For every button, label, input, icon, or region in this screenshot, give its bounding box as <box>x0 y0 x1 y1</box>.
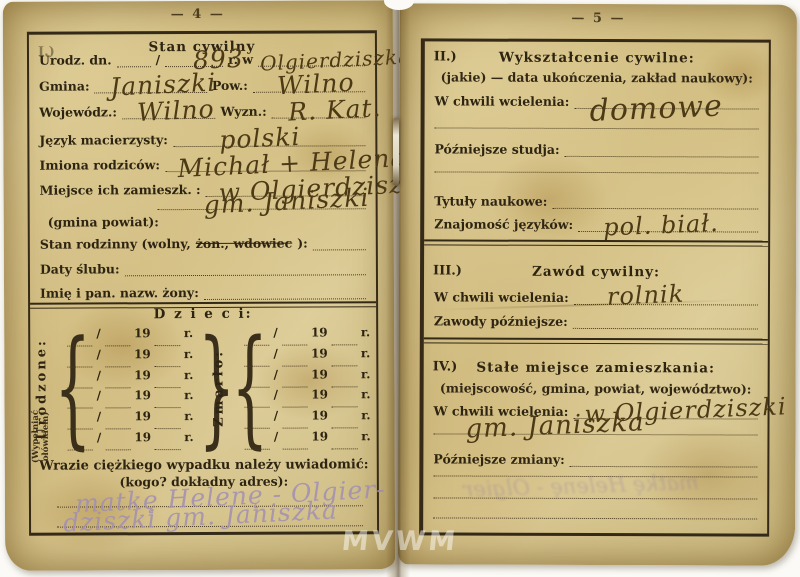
child-row-slash: / <box>96 326 100 340</box>
profession-handwriting: rolnik <box>606 284 684 309</box>
document-scan: — 4 — I.) Stan cywilny Urodz. dn. / 893 … <box>0 0 800 577</box>
child-row-slash: / <box>274 388 278 402</box>
right-form-frame: II.) Wykształcenie cywilne: (jakie) — da… <box>419 38 771 536</box>
language-label: Język macierzysty: <box>39 132 168 148</box>
child-row-year: 19 <box>311 346 328 360</box>
education-handwriting: domowe <box>589 93 723 125</box>
gmina-label: Gmina: <box>39 78 90 93</box>
parents-label: Imiona rodziców: <box>39 157 160 173</box>
child-row-year: 19 <box>134 368 151 382</box>
education-title: Wykształcenie cywilne: <box>425 49 769 66</box>
child-row-suffix: r. <box>184 388 193 402</box>
child-row-year: 19 <box>134 389 151 403</box>
child-row-slash: / <box>274 430 278 444</box>
child-row-suffix: r. <box>361 388 370 402</box>
child-row-slash: / <box>97 389 101 403</box>
powiat-label: Pow.: <box>212 78 248 93</box>
later-changes-label: Późniejsze zmiany: <box>433 451 564 466</box>
field-language: Język macierzysty: polski <box>39 131 365 147</box>
child-row-year: 19 <box>134 326 151 340</box>
field-gmina: Gmina: Janiszki Pow.: Wilno <box>39 77 365 93</box>
residence-handwriting-2: gm. Janiszka <box>465 411 645 442</box>
child-row-year: 19 <box>134 347 151 361</box>
field-family-status: Stan rodzinny (wolny, żon., wdowiec ): <box>40 235 366 251</box>
wedding-label: Daty ślubu: <box>40 261 120 276</box>
child-row-suffix: r. <box>184 368 193 382</box>
brace-open-born: { <box>54 326 63 452</box>
divider <box>424 239 768 246</box>
child-row-year: 19 <box>311 388 328 402</box>
child-row-slash: / <box>97 368 101 382</box>
field-later-changes: Późniejsze zmiany: <box>433 451 757 467</box>
children-died-label: Zmarło: <box>211 324 227 452</box>
field-education-enlistment: W chwili wcielenia: domowe <box>435 93 759 109</box>
brace-open-died: { <box>231 325 240 451</box>
wyznanie-handwriting: R. Kat. <box>288 97 382 124</box>
write-line: gm. Janiszka <box>433 433 757 435</box>
write-line <box>433 517 757 519</box>
field-wife-name: Imię i pan. nazw. żony: <box>40 284 366 300</box>
child-row-slash: / <box>273 326 277 340</box>
child-row-suffix: r. <box>361 346 370 360</box>
brace-close-born: } <box>198 325 207 451</box>
titles-label: Tytuły naukowe: <box>434 193 547 208</box>
residence-label: Miejsce ich zamieszk. : <box>40 182 201 198</box>
left-page-number: — 4 — <box>3 6 393 23</box>
field-wojewodztwo: Wojewódz.: Wilno Wyzn.: R. Kat. <box>39 103 365 119</box>
field-later-professions: Zawody późniejsze: <box>434 313 758 329</box>
margin-note-fill-with-pencil: (Wypełniać ołówkiem) <box>32 400 52 474</box>
wyznanie-label: Wyzn.: <box>220 104 266 119</box>
child-row-suffix: r. <box>184 430 193 444</box>
child-row-year: 19 <box>134 409 151 423</box>
field-birth: Urodz. dn. / 893 r. w Olgierdziszkach <box>39 51 365 67</box>
residence-title: Stałe miejsce zamieszkania: <box>424 359 768 376</box>
later-studies-label: Późniejsze studja: <box>434 141 559 156</box>
powiat-handwriting: Wilno <box>277 71 355 97</box>
field-parents: Imiona rodziców: Michał + Helena <box>39 156 365 172</box>
education-enlistment-label: W chwili wcielenia: <box>435 93 570 108</box>
children-table: Urodzone: { / 19 r. / 19 r. / 19 r. / 19… <box>34 323 371 452</box>
right-page-number: — 5 — <box>400 10 797 26</box>
child-row-slash: / <box>274 409 278 423</box>
child-row-slash: / <box>274 367 278 381</box>
child-row-suffix: r. <box>361 325 370 339</box>
languages-handwriting: pol. biał. <box>603 213 719 239</box>
divider <box>424 337 768 344</box>
field-wedding-date: Daty ślubu: <box>40 260 366 276</box>
field-profession-enlistment: W chwili wcielenia: rolnik <box>434 289 758 305</box>
child-row-slash: / <box>273 346 277 360</box>
child-row-suffix: r. <box>361 408 370 422</box>
child-row-year: 19 <box>311 325 328 339</box>
left-page: — 4 — I.) Stan cywilny Urodz. dn. / 893 … <box>3 0 395 571</box>
residence-sublabel: (gmina powiat): <box>48 214 159 229</box>
child-row-suffix: r. <box>184 326 193 340</box>
birth-slash: / <box>156 52 161 67</box>
education-subtitle: (jakie) — data ukończenia, zakład naukow… <box>425 69 769 85</box>
wojewodztwo-label: Wojewódz.: <box>39 104 117 119</box>
child-row-suffix: r. <box>361 429 370 443</box>
language-handwriting: polski <box>219 125 301 151</box>
right-page: — 5 — II.) Wykształcenie cywilne: (jakie… <box>398 3 797 565</box>
field-languages: Znajomość języków: pol. biał. <box>434 216 758 232</box>
binding-stitch <box>393 118 399 186</box>
profession-title: Zawód cywilny: <box>424 263 768 280</box>
wife-label: Imię i pan. nazw. żony: <box>40 285 199 301</box>
family-label-post: ): <box>297 236 308 251</box>
profession-enlistment-label: W chwili wcielenia: <box>434 289 569 304</box>
languages-label: Znajomość języków: <box>434 216 573 231</box>
child-row-suffix: r. <box>361 367 370 381</box>
field-later-studies: Późniejsze studja: <box>434 141 758 157</box>
notify-write-line2: dziszki gm. Janiszka <box>57 525 363 527</box>
child-row-suffix: r. <box>184 409 193 423</box>
write-line <box>435 127 759 129</box>
child-row-year: 19 <box>311 367 328 381</box>
wojewodztwo-handwriting: Wilno <box>136 98 214 124</box>
left-form-frame: I.) Stan cywilny Urodz. dn. / 893 r. w O… <box>27 30 379 536</box>
child-row-suffix: r. <box>184 347 193 361</box>
child-row-year: 19 <box>311 429 328 443</box>
write-line <box>434 171 758 173</box>
notify-line1: Wrazie ciężkiego wypadku należy uwiadomi… <box>31 457 377 474</box>
child-row-year: 19 <box>134 430 151 444</box>
birth-label: Urodz. dn. <box>39 52 112 67</box>
field-residence-line2: gm. Janiszki <box>158 205 366 210</box>
child-row-slash: / <box>96 347 100 361</box>
child-row-slash: / <box>97 410 101 424</box>
later-professions-label: Zawody późniejsze: <box>434 313 568 328</box>
child-row-year: 19 <box>311 409 328 423</box>
child-row-slash: / <box>97 430 101 444</box>
field-titles: Tytuły naukowe: <box>434 193 758 209</box>
residence-handwriting-2: gm. Janiszki <box>203 186 370 216</box>
family-label-pre: Stan rodzinny (wolny, <box>40 236 191 252</box>
family-label-struck: żon., wdowiec <box>196 236 293 251</box>
